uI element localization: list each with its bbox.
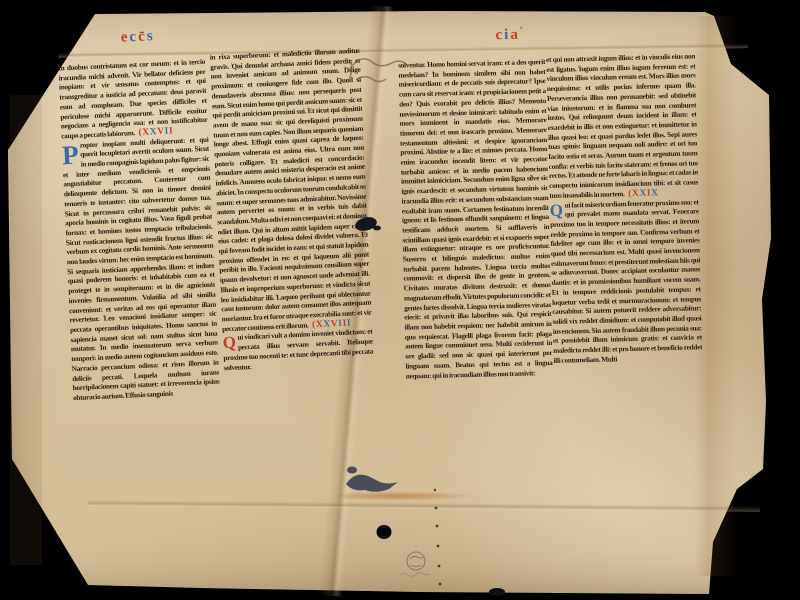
rubricated-capital: E	[361, 231, 366, 239]
rubricated-capital: B	[455, 361, 460, 369]
rubricated-capital: C	[640, 228, 645, 236]
drop-cap-initial: P	[61, 141, 80, 169]
rubricated-capital: Q	[416, 100, 422, 108]
rubricated-capital: U	[320, 146, 325, 154]
chapter-numeral-letter: I	[169, 126, 174, 136]
rubricated-capital: A	[168, 244, 173, 252]
rubricated-capital: M	[628, 248, 635, 256]
text-column-4: et qui non attraxit iugum illius: et in …	[546, 52, 705, 480]
rubricated-capital: S	[194, 146, 198, 154]
body-text: ui vindicari vult a domino inveniet vind…	[223, 328, 373, 372]
rubricated-capital: E	[568, 172, 573, 180]
rubricated-capital: L	[104, 315, 109, 323]
rubricated-capital: F	[452, 332, 456, 340]
rubricated-capital: H	[427, 61, 433, 69]
body-text: ui facit misericordiam feneratur proximo…	[550, 198, 702, 365]
rubricated-capital: Q	[252, 226, 258, 234]
rubricated-capital: C	[154, 176, 159, 184]
rubricated-capital: R	[347, 339, 352, 347]
left-page: ecc̄s In duobus contristatum est cor meu…	[30, 10, 401, 595]
body-text: solventur. Homo homini servat iram: et a…	[398, 58, 553, 380]
text-column-1: In duobus contristatum est cor meum: et …	[58, 58, 224, 488]
rubricated-capital: D	[130, 100, 135, 108]
rubricated-capital: H	[529, 146, 535, 154]
rubricated-capital: I	[100, 344, 103, 352]
rubricated-capital: F	[260, 265, 264, 273]
rubricated-capital: E	[251, 139, 256, 147]
rubricated-capital: D	[601, 268, 606, 276]
body-text: ropter inopiam multi deliquerunt: et qui…	[63, 135, 220, 402]
runhead-letter: ’	[520, 25, 525, 35]
runhead-letter: s	[146, 28, 155, 44]
rubricated-capital: L	[485, 263, 490, 271]
chapter-numeral: (XXIX	[626, 188, 659, 199]
rubricated-capital: S	[65, 210, 69, 218]
rubricated-capital: A	[605, 151, 610, 159]
rubricated-capital: S	[66, 239, 70, 247]
body-text: In duobus contristatum est cor meum: et …	[58, 58, 208, 141]
rubricated-capital: S	[67, 268, 71, 276]
rubricated-capital: S	[227, 101, 231, 109]
text-column-2: in rixa superborum: et maledictio illoru…	[210, 47, 380, 489]
rubricated-capital: E	[125, 391, 130, 399]
rubricated-capital: I	[579, 65, 582, 73]
rubricated-capital: M	[601, 355, 608, 363]
rubricated-capital: E	[271, 157, 276, 165]
chapter-numeral-letter: I	[347, 318, 352, 328]
rubricated-capital: A	[426, 148, 431, 156]
rubricated-capital: S	[132, 187, 136, 195]
rubricated-capital: I	[253, 314, 256, 322]
rubricated-capital: V	[142, 294, 147, 302]
rubricated-capital: H	[166, 322, 172, 330]
rubricated-capital: F	[673, 208, 677, 216]
rubricated-capital: S	[403, 256, 407, 264]
rubricated-capital: N	[283, 128, 288, 136]
rubricated-capital: C	[404, 285, 409, 293]
rubricated-capital: L	[467, 302, 472, 310]
rubricated-capital: D	[344, 67, 349, 75]
text-column-3: solventur. Homo homini servat iram: et a…	[398, 58, 555, 485]
rubricated-capital: L	[134, 372, 139, 380]
rubricated-capital: I	[534, 78, 537, 86]
rubricated-capital: C	[463, 205, 468, 213]
rubricated-capital: M	[519, 97, 526, 105]
rubricated-capital: E	[552, 289, 557, 297]
right-page: cia’ solventur. Homo homini servat iram:…	[385, 10, 729, 596]
rubricated-capital: I	[220, 286, 223, 294]
rubricated-capital: S	[463, 176, 467, 184]
rubricated-capital: I	[237, 188, 240, 196]
rubricated-capital: S	[496, 224, 500, 232]
rubricated-capital: Q	[517, 311, 523, 319]
rubricated-capital: M	[516, 127, 523, 135]
rubricated-capital: N	[72, 365, 77, 373]
rubricated-capital: M	[649, 73, 656, 81]
body-text: in rixa superborum: et maledictio illoru…	[210, 47, 372, 333]
rubricated-capital: D	[159, 108, 164, 116]
body-text: et qui non attraxit iugum illius: et in …	[546, 52, 698, 199]
rubricated-capital: Q	[231, 62, 237, 70]
rubricated-capital: S	[667, 131, 671, 139]
rubricated-capital: I	[432, 70, 435, 78]
rubricated-capital: M	[251, 217, 258, 225]
rubricated-capital: S	[592, 327, 596, 335]
photograph-black-backdrop: { "palette": { "ink": "#251b10", "rubric…	[0, 0, 800, 600]
rubricated-capital: L	[276, 293, 281, 301]
rubricated-capital: S	[586, 307, 590, 315]
drop-cap-initial: Q	[222, 334, 238, 353]
rubricated-capital: P	[547, 95, 551, 103]
running-head-left: ecc̄s	[120, 28, 155, 47]
rubricated-capital: A	[239, 178, 244, 186]
rubricated-capital: M	[496, 341, 503, 349]
rubricated-capital: Q	[336, 77, 342, 85]
rubricated-capital: E	[307, 107, 312, 115]
rubricated-capital: Q	[569, 114, 575, 122]
running-head-right: cia’	[495, 25, 525, 45]
rubricated-capital: V	[132, 71, 137, 79]
rubricated-capital: I	[58, 64, 61, 72]
chapter-numeral-letter: X	[651, 188, 659, 198]
runhead-letter: c	[495, 27, 504, 43]
drop-cap-initial: Q	[550, 201, 565, 219]
rubricated-capital: V	[463, 293, 468, 301]
rubricated-capital: V	[160, 215, 165, 223]
rubricated-capital: N	[337, 193, 342, 201]
rubricated-capital: M	[516, 117, 523, 125]
